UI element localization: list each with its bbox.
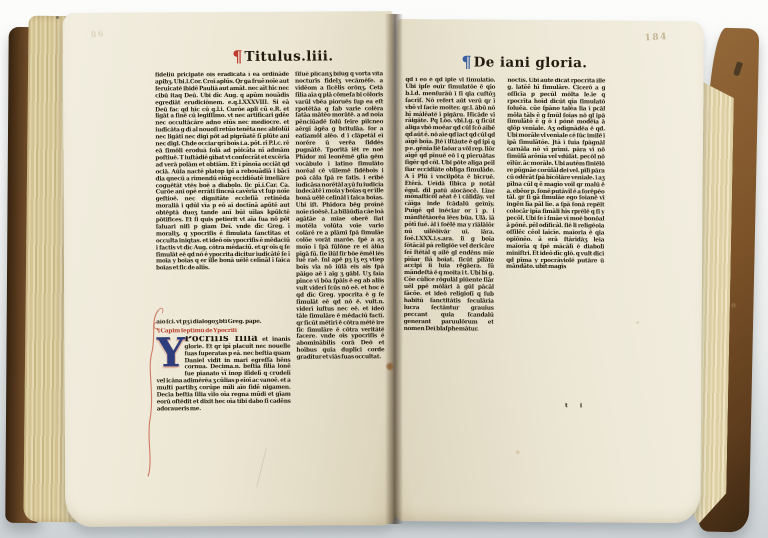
right-page-heading: ¶De iani gloria. [439,51,609,72]
book-photograph: 86 ¶Titulus.liii. fideliū pricipatē oīs … [0,0,768,538]
right-column-1: qd ī eo ē qd ipſe vl ſimulatio. Ubi ipſe… [403,77,495,400]
red-pilcrow-icon: ¶ [232,47,242,66]
left-folio-mark: 86 [90,28,105,39]
left-heading-text: Titulus.liii. [244,48,333,64]
gutter-stain [386,362,394,371]
left-column-1-lastline: aīo ſci. vt pʒ ī dialogoʒ bti Greg. pape… [156,319,290,327]
right-heading-text: De iani gloria. [474,54,588,71]
right-page: 184 ¶De iani gloria. qd ī eo ē qd ipſe v… [394,19,703,523]
left-page: 86 ¶Titulus.liii. fideliū pricipatē oīs … [63,11,396,527]
dust-speck [56,16,59,19]
foxing-spot [636,321,640,325]
left-column-1-body: fideliū pricipatē oīs eradicāta ī ea ord… [155,72,290,320]
blue-pilcrow-icon: ¶ [461,52,471,71]
binding-gutter-shadow [385,14,403,524]
chapter-rubric: ¶ Caplm ſeptimū de Ypocriſi [156,328,290,336]
chapter-opening: YPocriſis filia et inanis glorie. Et qr … [156,335,290,420]
left-page-heading: ¶Titulus.liii. [213,45,353,66]
right-folio-number: 184 [644,32,668,43]
left-column-2: ſiſuē plīcanʒ bīlūg q vorta vīta nocturī… [295,71,385,429]
page-crease [256,448,266,487]
quire-signature-mark: t i [565,402,587,409]
penwork-flourish-icon [136,302,167,482]
right-column-2: noctīs. Ubi aūte dicāt rpocrīta īlle g. … [505,78,605,399]
left-column-1: fideliū pricipatē oīs eradicāta ī ea ord… [155,72,291,429]
foxing-spot [456,269,461,274]
foxing-spot [515,450,521,455]
